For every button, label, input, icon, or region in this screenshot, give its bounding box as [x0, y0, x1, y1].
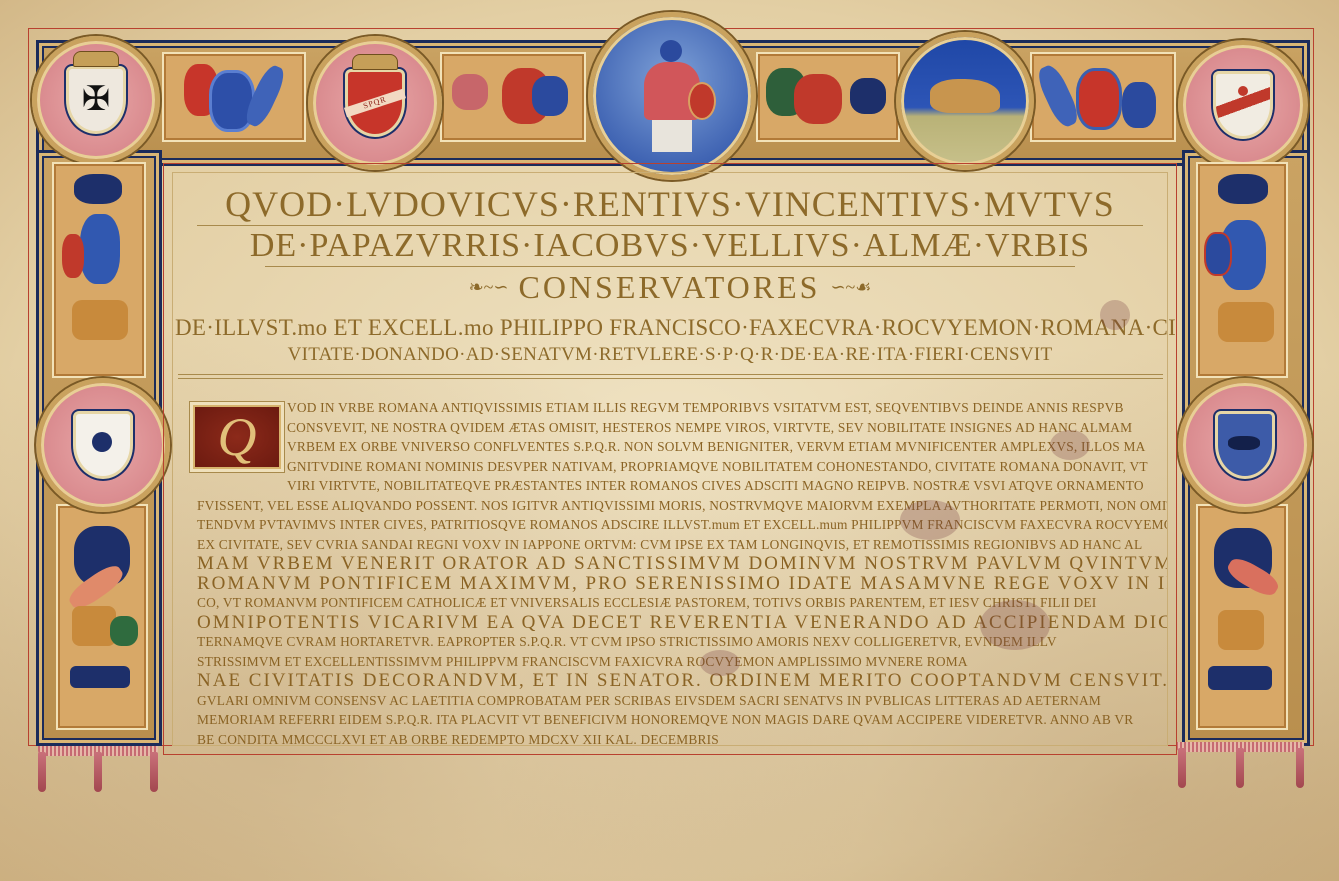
heading-line-2: DE·PAPAZVRRIS·IACOBVS·VELLIVS·ALMÆ·VRBIS	[175, 226, 1165, 266]
cannonballs-icon	[850, 78, 886, 114]
stain	[1100, 300, 1130, 330]
trophy-panel-top-3	[756, 52, 900, 142]
helmet-icon	[1218, 174, 1268, 204]
oval-shield-icon	[1076, 68, 1122, 130]
stain	[700, 650, 740, 676]
shield-icon	[794, 74, 842, 124]
stain	[1050, 430, 1090, 460]
animal-figure-icon	[1228, 436, 1260, 450]
shield-icon	[73, 411, 133, 479]
cross-emblem-icon: ✠	[69, 69, 123, 131]
helmet-icon	[110, 616, 138, 646]
red-disc-icon	[1238, 86, 1248, 96]
body-line: VIRI VIRTVTE, NOBILITATEQVE PRÆSTANTES I…	[287, 476, 1167, 496]
body-line: FVISSENT, VEL ESSE ALIQVANDO POSSENT. NO…	[197, 496, 1167, 516]
drum-icon	[452, 74, 488, 110]
trophy-panel-right-1	[1196, 162, 1288, 378]
document-subheading: DE·ILLVST.mo ET EXCELL.mo PHILIPPO FRANC…	[175, 314, 1165, 368]
document-body: VOD IN VRBE ROMANA ANTIQVISSIMIS ETIAM I…	[287, 398, 1167, 749]
pedestal-icon	[652, 120, 692, 152]
trophy-panel-left-1	[52, 162, 146, 378]
medallion-she-wolf	[896, 32, 1034, 170]
body-line: MAM VRBEM VENERIT ORATOR AD SANCTISSIMVM…	[197, 554, 1167, 574]
illuminated-initial: Q	[193, 405, 281, 469]
medallion-coat-of-arms-left: ✠	[32, 36, 160, 164]
shield-icon: ✠	[66, 66, 126, 134]
body-line: GNITVDINE ROMANI NOMINIS DESVPER NATIVAM…	[287, 457, 1167, 477]
tassel-icon	[1296, 748, 1304, 788]
initial-letter: Q	[218, 406, 257, 468]
trophy-panel-right-2	[1196, 504, 1288, 730]
drum-icon	[1218, 610, 1264, 650]
drum-icon	[1218, 302, 1274, 342]
body-line: STRISSIMVM ET EXCELLENTISSIMVM PHILIPPVM…	[197, 652, 1167, 672]
medallion-coat-of-arms-right	[1178, 40, 1308, 170]
cannon-icon	[70, 666, 130, 688]
body-line: MEMORIAM REFERRI EIDEM S.P.Q.R. ITA PLAC…	[197, 710, 1167, 730]
heading-line-3-row: ❧~∽ CONSERVATORES ∽~☙	[175, 267, 1165, 307]
tassel-icon	[1236, 748, 1244, 788]
cannon-icon	[1208, 666, 1272, 690]
helmet-icon	[1122, 82, 1156, 128]
shield-icon: SPQR	[345, 69, 405, 137]
medallion-spqr-arms: SPQR	[308, 36, 442, 170]
spqr-band: SPQR	[344, 89, 406, 118]
tassel-icon	[94, 752, 102, 792]
trophy-panel-top-1	[162, 52, 306, 142]
body-line: NAE CIVITATIS DECORANDVM, ET IN SENATOR.…	[197, 671, 1167, 691]
body-line: CONSVEVIT, NE NOSTRA QVIDEM ÆTAS OMISIT,…	[287, 418, 1167, 438]
body-line: TENDVM PVTAVIMVS INTER CIVES, PATRITIOSQ…	[197, 515, 1167, 535]
shield-icon	[62, 234, 84, 278]
roma-figure-icon	[622, 36, 722, 156]
flourish-ornament-icon: ❧~∽	[469, 277, 509, 298]
trophy-panel-top-4	[1030, 52, 1176, 142]
helmet-icon	[660, 40, 682, 62]
body-rule	[178, 378, 1163, 379]
shield-icon	[1215, 411, 1275, 479]
medallion-roma-figure	[588, 12, 756, 180]
flourish-ornament-icon: ∽~☙	[830, 277, 871, 298]
body-line: VRBEM EX ORBE VNIVERSO CONFLVENTES S.P.Q…	[287, 437, 1167, 457]
armor-icon	[80, 214, 120, 284]
body-line: EX CIVITATE, SEV CVRIA SANDAI REGNI VOXV…	[197, 535, 1167, 555]
subheading-line-1: DE·ILLVST.mo ET EXCELL.mo PHILIPPO FRANC…	[175, 314, 1165, 342]
tassel-icon	[38, 752, 46, 792]
drum-icon	[72, 300, 128, 340]
body-line: BE CONDITA MMCCCLXVI ET AB ORBE REDEMPTO…	[197, 730, 1167, 750]
document-heading: QVOD·LVDOVICVS·RENTIVS·VINCENTIVS·MVTVS …	[175, 183, 1165, 307]
blue-disc-icon	[92, 432, 112, 452]
heading-line-1: QVOD·LVDOVICVS·RENTIVS·VINCENTIVS·MVTVS	[175, 183, 1165, 225]
heading-line-3: CONSERVATORES	[518, 267, 820, 307]
medallion-coat-of-arms-left-side	[36, 378, 170, 512]
body-line: ROMANVM PONTIFICEM MAXIMVM, PRO SERENISS…	[197, 574, 1167, 594]
trophy-panel-left-2	[56, 504, 148, 730]
body-line: GVLARI OMNIVM CONSENSV AC LAETITIA COMPR…	[197, 691, 1167, 711]
trophy-panel-top-2	[440, 52, 586, 142]
subheading-line-2: VITATE·DONANDO·AD·SENATVM·RETVLERE·S·P·Q…	[175, 342, 1165, 368]
shield-icon	[1204, 232, 1232, 276]
helmet-icon	[532, 76, 568, 116]
shield-icon	[1213, 71, 1273, 139]
medallion-coat-of-arms-right-side	[1178, 378, 1312, 512]
stain	[900, 500, 960, 540]
shield-icon	[688, 82, 716, 120]
crown-icon	[352, 54, 398, 70]
body-line: VOD IN VRBE ROMANA ANTIQVISSIMIS ETIAM I…	[287, 398, 1167, 418]
tassel-icon	[1178, 748, 1186, 788]
stain	[980, 600, 1050, 650]
helmet-icon	[74, 174, 122, 204]
tassel-icon	[150, 752, 158, 792]
crown-icon	[73, 51, 119, 67]
subheading-rule	[178, 374, 1163, 375]
she-wolf-icon	[930, 79, 1000, 113]
